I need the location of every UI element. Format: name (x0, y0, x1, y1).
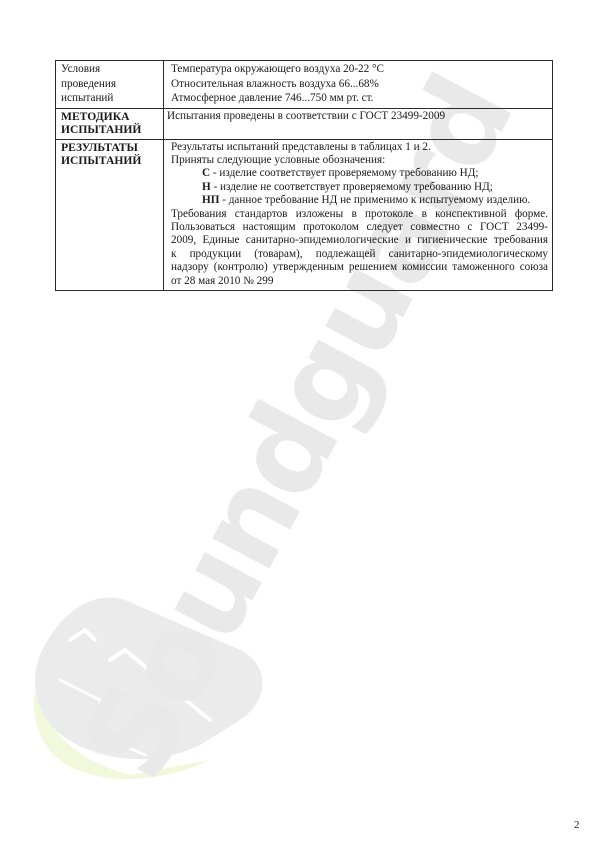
table-row-methodology: МЕТОДИКА ИСПЫТАНИЙ Испытания проведены в… (56, 108, 553, 139)
pressure-line: Атмосферное давление 746...750 мм рт. ст… (171, 91, 548, 106)
legend-item-np: НП - данное требование НД не применимо к… (171, 194, 548, 207)
legend-item-c: С - изделие соответствует проверяемому т… (171, 167, 548, 180)
row-content-results: Результаты испытаний представлены в табл… (164, 139, 553, 290)
requirements-line-4: к продукции (товарам), подлежащей санита… (171, 248, 548, 261)
requirements-line-2: Пользоваться настоящим протоколом следуе… (171, 221, 548, 234)
legend-item-n: Н - изделие не соответствует проверяемом… (171, 181, 548, 194)
temperature-line: Температура окружающего воздуха 20-22 °С (171, 62, 548, 77)
table-row-conditions: Условия проведения испытаний Температура… (56, 61, 553, 109)
row-content-methodology: Испытания проведены в соответствии с ГОС… (164, 108, 553, 139)
row-content-conditions: Температура окружающего воздуха 20-22 °С… (164, 61, 553, 109)
results-intro-line: Результаты испытаний представлены в табл… (171, 141, 548, 154)
requirements-line-3: 2009, Единые санитарно-эпидемиологически… (171, 234, 548, 247)
methodology-text: Испытания проведены в соответствии с ГОС… (167, 110, 548, 123)
requirements-line-5: надзору (контролю) утвержденным решением… (171, 261, 548, 274)
table-row-results: РЕЗУЛЬТАТЫ ИСПЫТАНИЙ Результаты испытани… (56, 139, 553, 290)
row-label-methodology: МЕТОДИКА ИСПЫТАНИЙ (56, 108, 164, 139)
legend-intro-line: Приняты следующие условные обозначения: (171, 154, 548, 167)
page-number: 2 (574, 819, 580, 831)
row-label-conditions: Условия проведения испытаний (56, 61, 164, 109)
watermark-logo-icon (34, 597, 263, 778)
test-conditions-table: Условия проведения испытаний Температура… (55, 60, 553, 291)
humidity-line: Относительная влажность воздуха 66...68% (171, 77, 548, 92)
row-label-results: РЕЗУЛЬТАТЫ ИСПЫТАНИЙ (56, 139, 164, 290)
requirements-line-1: Требования стандартов изложены в протоко… (171, 208, 548, 221)
requirements-last-line: от 28 мая 2010 № 299 (171, 275, 548, 288)
